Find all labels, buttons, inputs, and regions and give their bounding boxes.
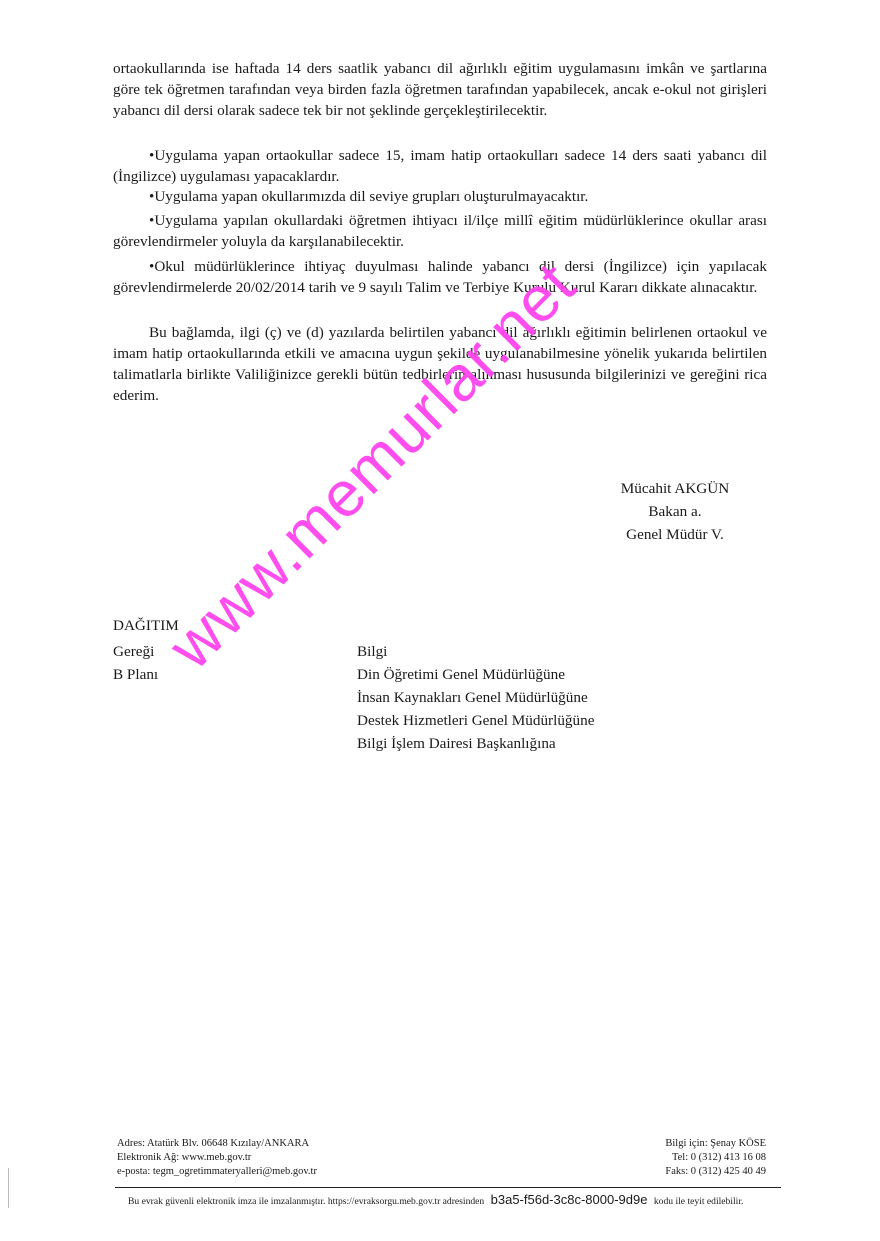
footer-email: e-posta: tegm_ogretimmateryalleri@meb.go…: [117, 1165, 317, 1179]
footer-contact-block: Bilgi için: Şenay KÖSE Tel: 0 (312) 413 …: [620, 1137, 766, 1179]
verification-suffix: kodu ile teyit edilebilir.: [654, 1196, 744, 1207]
footer-address-block: Adres: Atatürk Blv. 06648 Kızılay/ANKARA…: [117, 1137, 317, 1179]
signatory-capacity: Bakan a.: [600, 500, 750, 523]
verification-prefix: Bu evrak güvenli elektronik imza ile imz…: [128, 1196, 484, 1207]
bullet-level-groups: •Uygulama yapan okullarımızda dil seviye…: [113, 186, 767, 207]
bullet-teacher-need: •Uygulama yapılan okullardaki öğretmen i…: [113, 210, 767, 252]
footer-phone: Tel: 0 (312) 413 16 08: [620, 1151, 766, 1165]
signatory-title: Genel Müdür V.: [600, 523, 750, 546]
verification-code: b3a5-f56d-3c8c-8000-9d9e: [487, 1192, 652, 1207]
paragraph-closing: Bu bağlamda, ilgi (ç) ve (d) yazılarda b…: [113, 322, 767, 406]
footer-divider: [115, 1187, 781, 1188]
distribution-item: B Planı: [113, 663, 158, 686]
distribution-item: İnsan Kaynakları Genel Müdürlüğüne: [357, 686, 594, 709]
footer-fax: Faks: 0 (312) 425 40 49: [620, 1165, 766, 1179]
distribution-item: Din Öğretimi Genel Müdürlüğüne: [357, 663, 594, 686]
signatory-name: Mücahit AKGÜN: [600, 477, 750, 500]
distribution-item: Destek Hizmetleri Genel Müdürlüğüne: [357, 709, 594, 732]
bullet-assignments: •Okul müdürlüklerince ihtiyaç duyulması …: [113, 256, 767, 298]
distribution-info-list: Bilgi Din Öğretimi Genel Müdürlüğüne İns…: [357, 640, 594, 755]
signature-block: Mücahit AKGÜN Bakan a. Genel Müdür V.: [600, 477, 750, 546]
footer-address: Adres: Atatürk Blv. 06648 Kızılay/ANKARA: [117, 1137, 317, 1151]
scan-edge-mark: [8, 1168, 9, 1208]
document-page: ortaokullarında ise haftada 14 ders saat…: [0, 0, 880, 1241]
distribution-title: DAĞITIM: [113, 617, 179, 635]
paragraph-continuation: ortaokullarında ise haftada 14 ders saat…: [113, 58, 767, 121]
footer-contact-person: Bilgi için: Şenay KÖSE: [620, 1137, 766, 1151]
watermark: www.memurlar.net: [154, 247, 590, 683]
footer-verification: Bu evrak güvenli elektronik imza ile imz…: [128, 1192, 743, 1207]
distribution-item: Bilgi: [357, 640, 594, 663]
distribution-item: Gereği: [113, 640, 158, 663]
distribution-action-list: Gereği B Planı: [113, 640, 158, 686]
footer-website: Elektronik Ağ: www.meb.gov.tr: [117, 1151, 317, 1165]
bullet-hours: •Uygulama yapan ortaokullar sadece 15, i…: [113, 145, 767, 187]
distribution-item: Bilgi İşlem Dairesi Başkanlığına: [357, 732, 594, 755]
